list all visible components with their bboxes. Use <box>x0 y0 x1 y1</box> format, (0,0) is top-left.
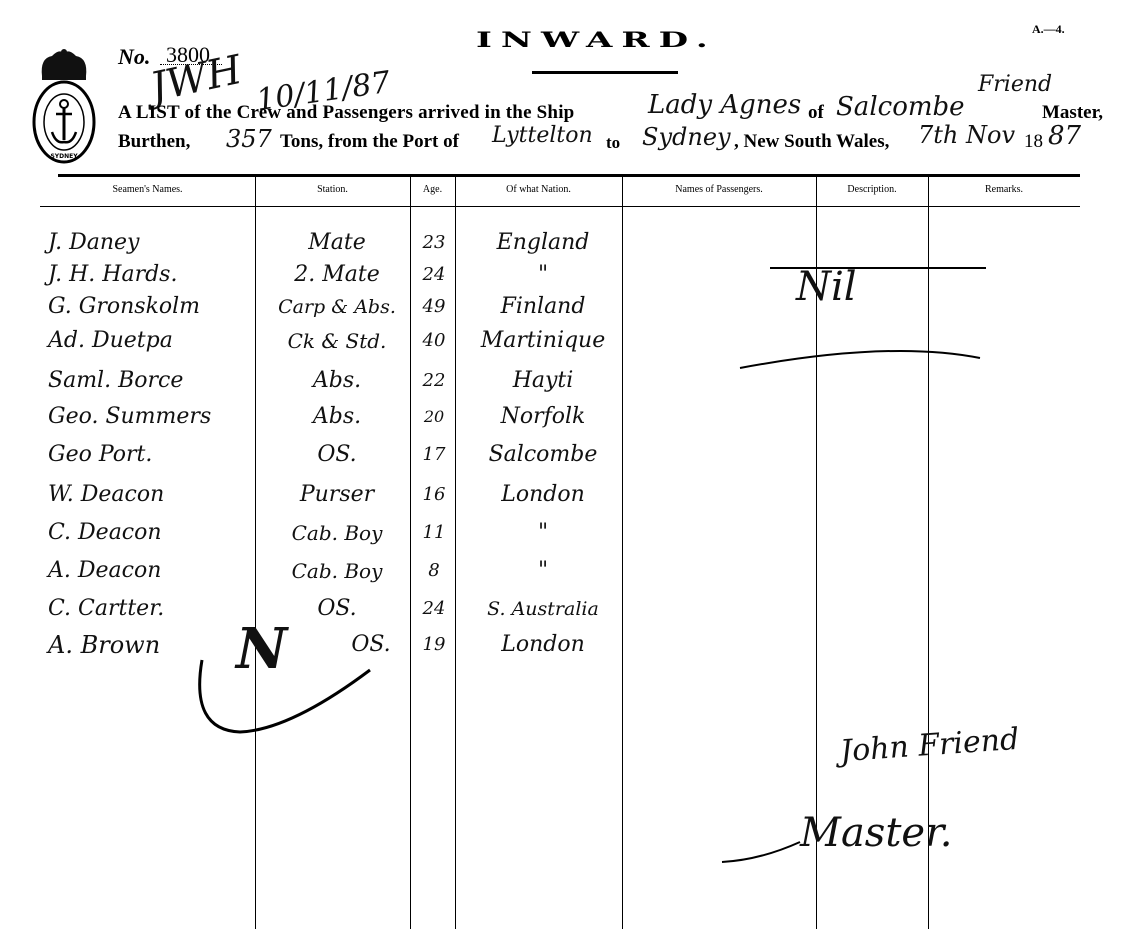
table-row: Geo Port. OS. 17 Salcombe <box>0 440 640 470</box>
seaman-station: 2. Mate <box>262 260 412 290</box>
seaman-age: 24 <box>414 594 454 624</box>
tons-value: 357 <box>226 125 272 153</box>
seaman-station: Ck & Std. <box>262 326 412 356</box>
seaman-age: 23 <box>414 228 454 258</box>
column-header-nation: Of what Nation. <box>455 180 622 200</box>
column-header-description: Description. <box>816 180 928 200</box>
seaman-age: 40 <box>414 326 454 356</box>
seaman-nation: London <box>466 480 620 510</box>
seaman-age: 49 <box>414 292 454 322</box>
seaman-age: 17 <box>414 440 454 470</box>
from-port: Lyttelton <box>492 123 593 148</box>
line1-prefix: A LIST of the Crew and Passengers arrive… <box>118 102 574 124</box>
seaman-name: G. Gronskolm <box>48 292 258 322</box>
master-name: Friend <box>978 72 1052 97</box>
table-row: Saml. Borce Abs. 22 Hayti <box>0 366 640 396</box>
table-top-rule <box>58 174 1080 177</box>
seaman-nation: Hayti <box>466 366 620 396</box>
state-label: , New South Wales, <box>734 131 889 153</box>
column-header-seamens-names: Seamen's Names. <box>40 180 255 200</box>
year-suffix: 87 <box>1048 121 1081 151</box>
seaman-name: J. Daney <box>48 228 258 258</box>
seaman-nation: S. Australia <box>466 594 620 624</box>
column-header-age: Age. <box>410 180 455 200</box>
seaman-name: W. Deacon <box>48 480 258 510</box>
seaman-age: 24 <box>414 260 454 290</box>
seaman-name: Saml. Borce <box>48 366 258 396</box>
seaman-station: OS. <box>262 440 412 470</box>
column-header-remarks: Remarks. <box>928 180 1080 200</box>
seaman-nation: Salcombe <box>466 440 620 470</box>
table-row: Ad. Duetpa Ck & Std. 40 Martinique <box>0 326 640 356</box>
table-row: J. Daney Mate 23 England <box>0 228 640 258</box>
tons-label: Tons, from the Port of <box>280 131 459 153</box>
seaman-station: Cab. Boy <box>262 518 412 548</box>
line1-of: of <box>808 102 824 124</box>
table-row: W. Deacon Purser 16 London <box>0 480 640 510</box>
ship-name: Lady Agnes <box>648 90 801 120</box>
home-port: Salcombe <box>836 92 965 122</box>
seaman-age: 19 <box>414 630 454 660</box>
table-row: J. H. Hards. 2. Mate 24 " <box>0 260 640 290</box>
seaman-station: Mate <box>262 228 412 258</box>
form-code: A.—4. <box>1032 22 1065 37</box>
seaman-nation: " <box>466 556 620 586</box>
seaman-age: 20 <box>414 402 454 432</box>
to-label: to <box>606 133 620 153</box>
arrival-date: 7th Nov <box>918 121 1015 149</box>
curved-pen-stroke-icon <box>190 620 390 740</box>
seaman-nation: Martinique <box>466 326 620 356</box>
passengers-entry: Nil <box>796 264 857 310</box>
seaman-station: Purser <box>262 480 412 510</box>
table-row: Geo. Summers Abs. 20 Norfolk <box>0 402 640 432</box>
column-header-station: Station. <box>255 180 410 200</box>
seaman-station: Carp & Abs. <box>262 292 412 322</box>
seaman-nation: London <box>466 630 620 660</box>
year-prefix: 18 <box>1024 131 1043 153</box>
seaman-nation: " <box>466 518 620 548</box>
seaman-age: 22 <box>414 366 454 396</box>
seaman-name: A. Deacon <box>48 556 258 586</box>
seaman-station: Abs. <box>262 402 412 432</box>
to-port: Sydney <box>642 123 731 151</box>
seaman-name: J. H. Hards. <box>48 260 258 290</box>
column-header-passengers: Names of Passengers. <box>622 180 816 200</box>
table-row: C. Deacon Cab. Boy 11 " <box>0 518 640 548</box>
seaman-age: 11 <box>414 518 454 548</box>
seaman-name: Ad. Duetpa <box>48 326 258 356</box>
column-header-rule <box>40 206 1080 207</box>
master-title: Master. <box>800 810 953 856</box>
seaman-age: 16 <box>414 480 454 510</box>
burthen-label: Burthen, <box>118 131 190 153</box>
table-row: G. Gronskolm Carp & Abs. 49 Finland <box>0 292 640 322</box>
seaman-name: Geo Port. <box>48 440 258 470</box>
seaman-name: Geo. Summers <box>48 402 258 432</box>
seaman-nation: Finland <box>466 292 620 322</box>
seaman-nation: England <box>466 228 620 258</box>
title-underline <box>532 71 678 74</box>
shipping-masters-crest-icon: SYDNEY <box>30 48 98 166</box>
svg-text:SYDNEY: SYDNEY <box>50 153 78 160</box>
seaman-station: Cab. Boy <box>262 556 412 586</box>
seaman-nation: " <box>466 260 620 290</box>
seaman-nation: Norfolk <box>466 402 620 432</box>
seaman-station: Abs. <box>262 366 412 396</box>
seaman-age: 8 <box>414 556 454 586</box>
master-signature: John Friend <box>839 722 1020 769</box>
table-row: A. Deacon Cab. Boy 8 " <box>0 556 640 586</box>
page-title: INWARD. <box>476 28 717 53</box>
seaman-name: C. Deacon <box>48 518 258 548</box>
